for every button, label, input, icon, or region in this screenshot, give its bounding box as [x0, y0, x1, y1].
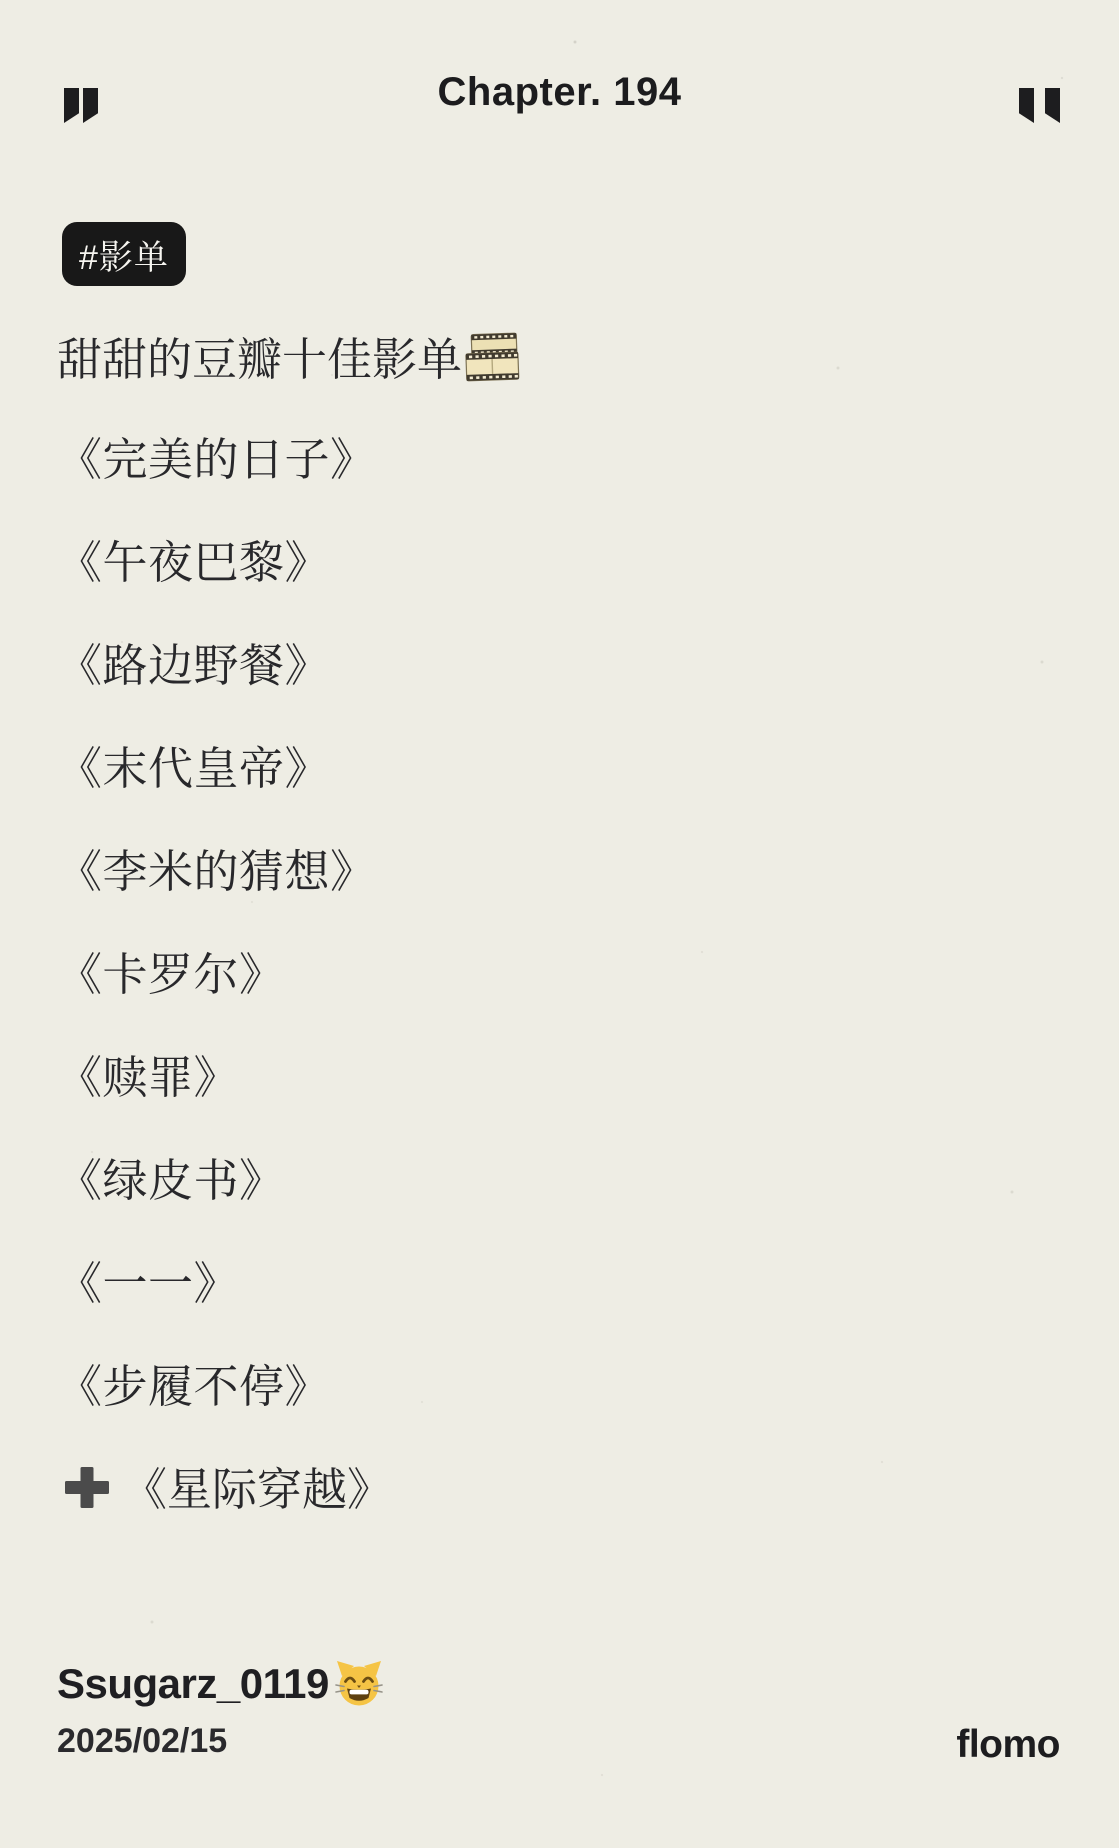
note-title: 甜甜的豆瓣十佳影单 — [57, 334, 462, 385]
quote-close-icon — [1019, 88, 1061, 123]
movie-item: 《午夜巴黎》 — [57, 529, 520, 596]
username-line: Ssugarz_0119 — [57, 1659, 383, 1708]
grinning-cat-icon — [335, 1659, 383, 1707]
movie-item: 《末代皇帝》 — [57, 735, 520, 802]
chapter-title: Chapter. 194 — [0, 70, 1119, 115]
username-text: Ssugarz_0119 — [57, 1660, 329, 1707]
movie-item: 《一一》 — [57, 1250, 520, 1317]
flomo-logo[interactable]: flomo — [956, 1723, 1060, 1767]
note-date: 2025/02/15 — [57, 1722, 227, 1761]
appended-movie-title: 《星际穿越》 — [122, 1464, 392, 1515]
film-frames-icon — [464, 331, 520, 383]
movie-item: 《完美的日子》 — [57, 426, 520, 493]
plus-icon — [65, 1467, 109, 1508]
note-title-line: 甜甜的豆瓣十佳影单 — [57, 326, 520, 394]
tag-chip[interactable]: #影单 — [62, 222, 186, 286]
movie-item: 《步履不停》 — [57, 1353, 520, 1420]
movie-item: 《李米的猜想》 — [57, 838, 520, 905]
note-body: 甜甜的豆瓣十佳影单 《完美的日子》 《午夜巴黎》 《路边 — [57, 326, 520, 1523]
movie-item: 《卡罗尔》 — [57, 941, 520, 1008]
movie-item: 《路边野餐》 — [57, 632, 520, 699]
movie-item: 《赎罪》 — [57, 1044, 520, 1111]
movie-item: 《绿皮书》 — [57, 1147, 520, 1214]
appended-movie-line: 《星际穿越》 — [57, 1456, 520, 1523]
tag-label: #影单 — [79, 230, 169, 279]
